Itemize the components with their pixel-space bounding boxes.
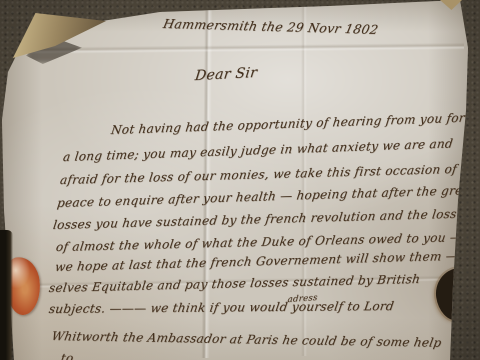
body-line: Whitworth the Ambassador at Paris he cou… [51,329,443,350]
body-line: to [60,351,75,360]
body-line: peace to enquire after your health — hop… [56,183,476,210]
body-line: selves Equitable and pay those losses su… [48,272,421,295]
salutation: Dear Sir [194,65,258,84]
body-line: losses you have sustained by the french … [52,207,457,232]
dateline: Hammersmith the 29 Novr 1802 [162,16,380,37]
body-line: subjects. ——— we think if you would your… [48,299,395,316]
body-line: Not having had the opportunity of hearin… [110,111,466,137]
body-line: a long time; you may easily judge in wha… [62,136,454,164]
photo-of-handwritten-letter: Hammersmith the 29 Novr 1802 Dear Sir No… [0,0,480,360]
body-line: afraid for the loss of our monies, we ta… [59,161,480,187]
letter-paper: Hammersmith the 29 Novr 1802 Dear Sir No… [0,0,480,360]
paper-edge-shadow [0,230,13,360]
